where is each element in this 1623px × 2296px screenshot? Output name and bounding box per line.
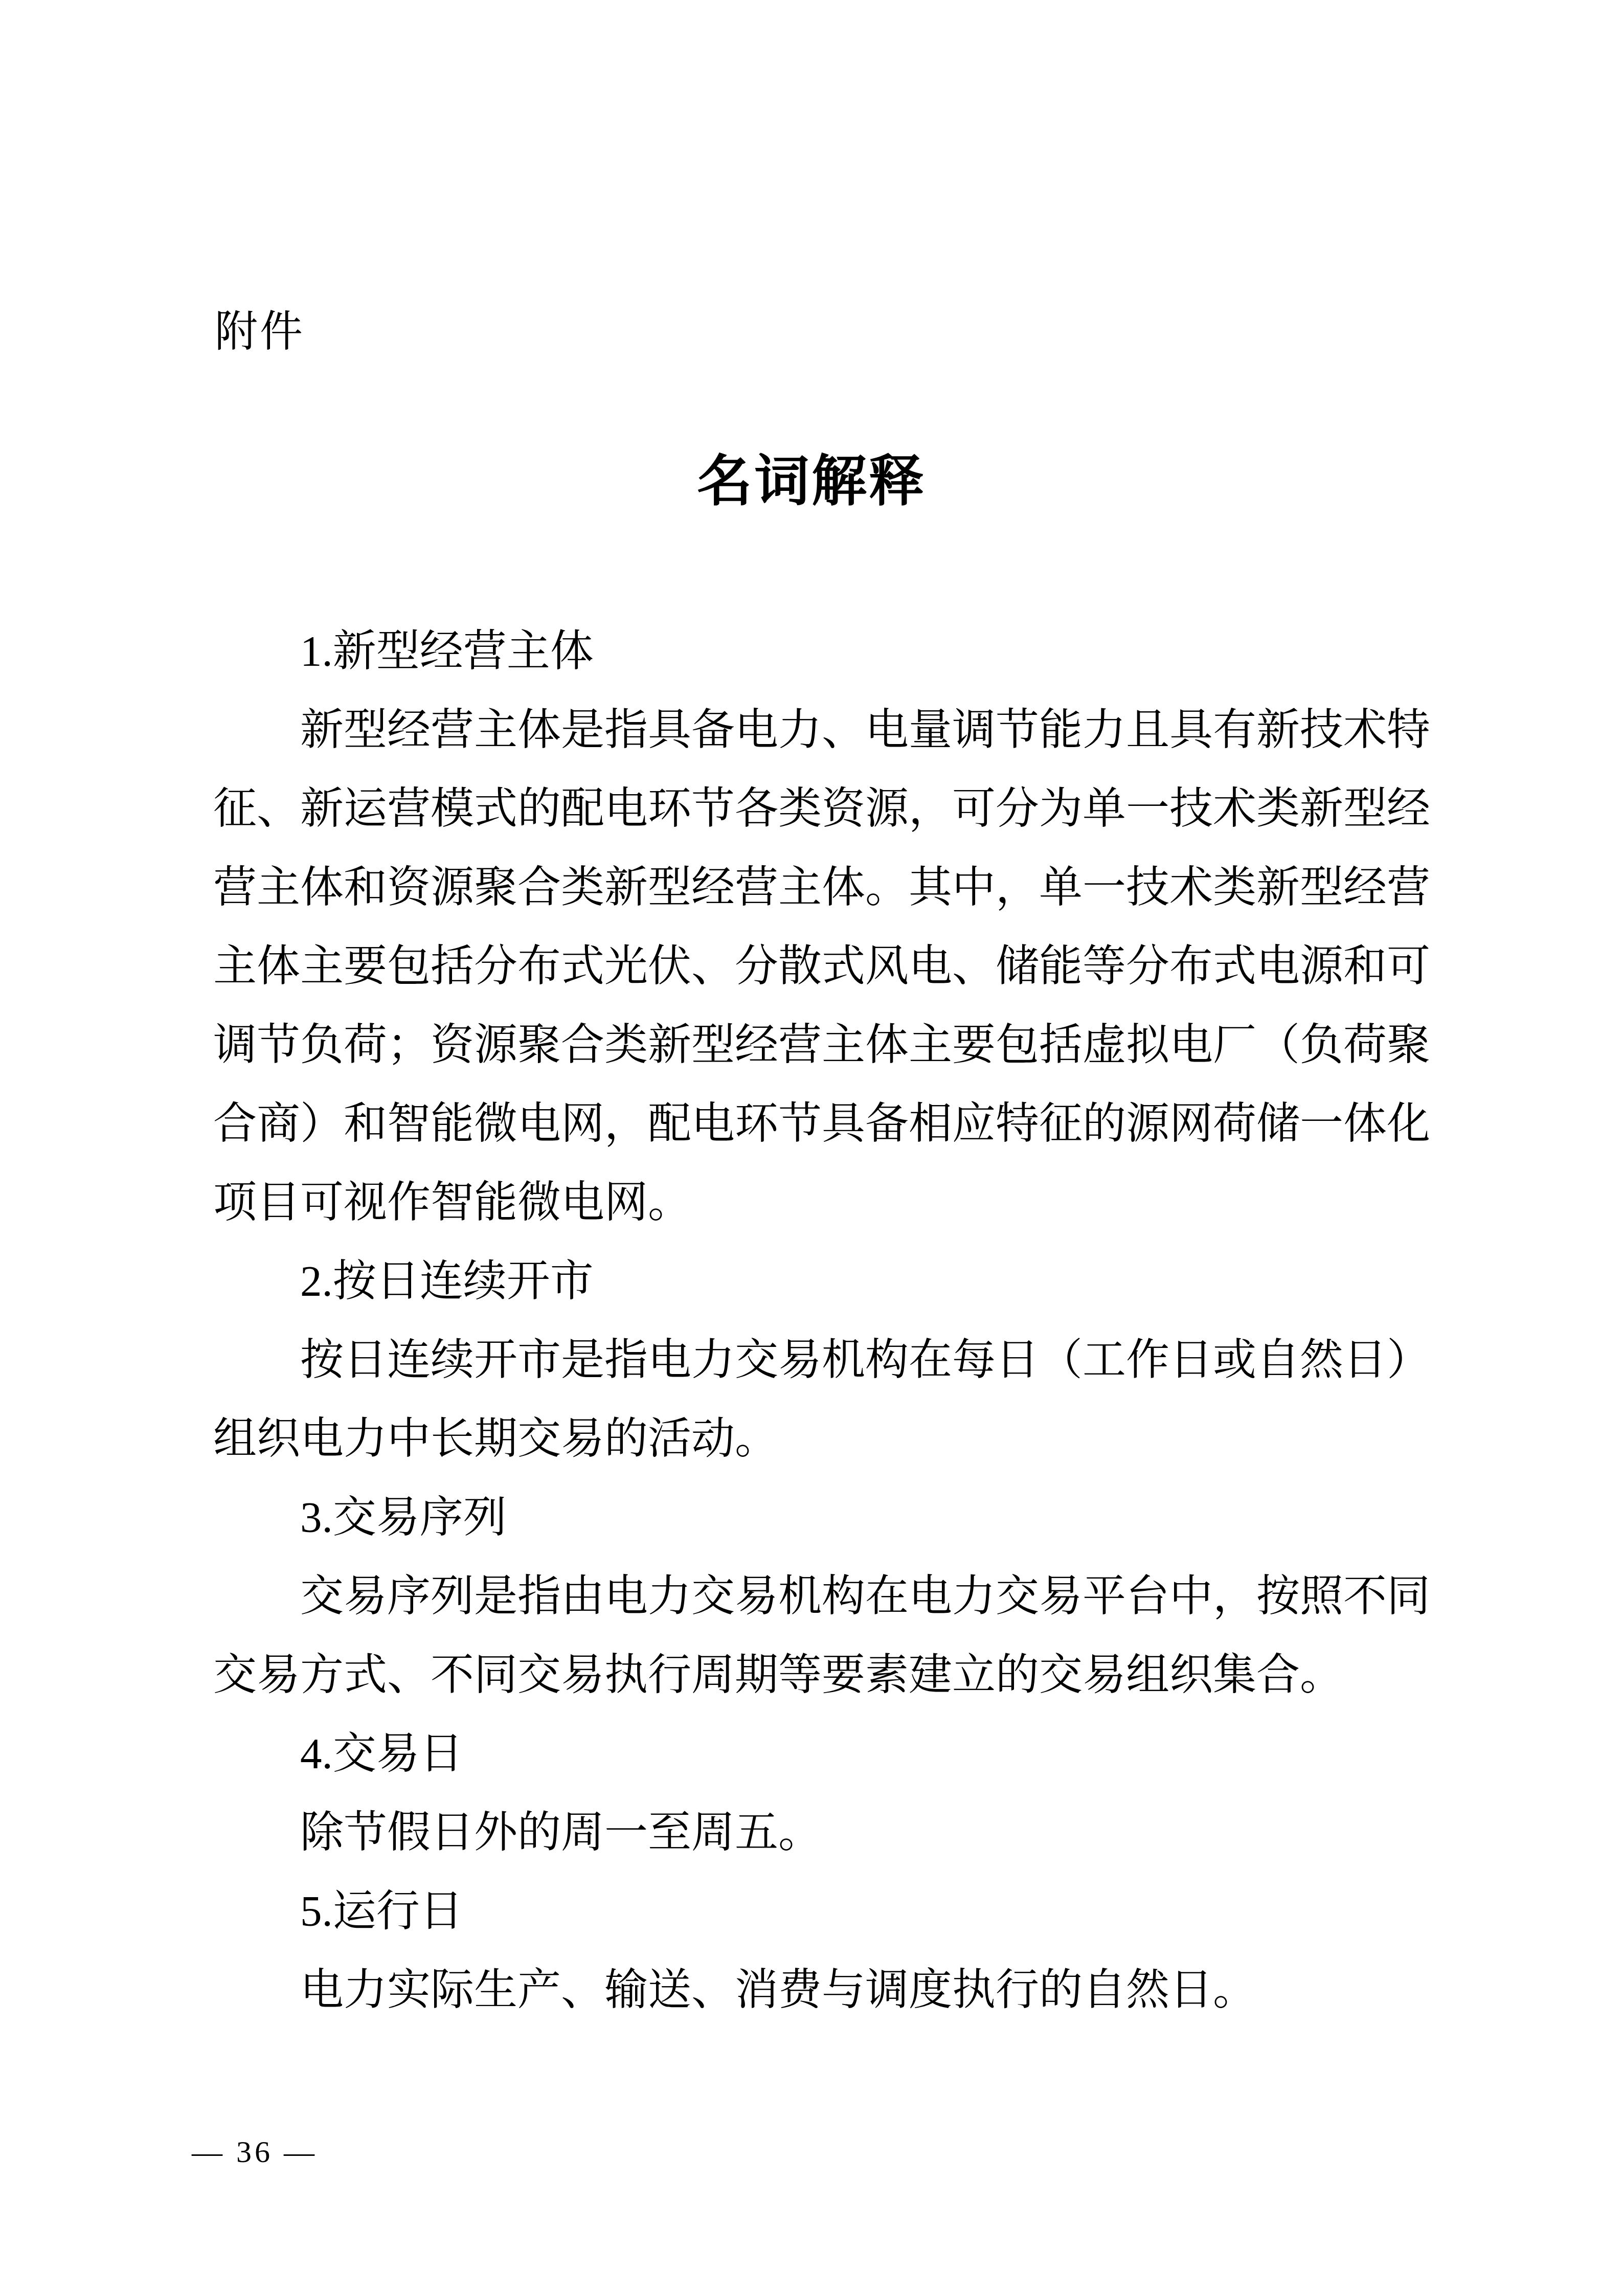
text-line: 组织电力中长期交易的活动。 (213, 1400, 1430, 1478)
text-line: 项目可视作智能微电网。 (213, 1163, 1430, 1242)
page-title: 名词解释 (0, 452, 1623, 513)
text-line: 按日连续开市是指电力交易机构在每日（工作日或自然日） (213, 1321, 1430, 1400)
term-heading-5: 5.运行日 (213, 1872, 1430, 1951)
text-line: 电力实际生产、输送、消费与调度执行的自然日。 (213, 1951, 1430, 2030)
term-heading-3: 3.交易序列 (213, 1478, 1430, 1557)
attachment-label: 附件 (215, 310, 305, 353)
text-line: 营主体和资源聚合类新型经营主体。其中，单一技术类新型经营 (213, 848, 1430, 927)
text-line: 征、新运营模式的配电环节各类资源，可分为单一技术类新型经 (213, 770, 1430, 848)
definitions-text: 1.新型经营主体 新型经营主体是指具备电力、电量调节能力且具有新技术特 征、新运… (213, 612, 1430, 2030)
text-line: 除节假日外的周一至周五。 (213, 1793, 1430, 1872)
term-heading-1: 1.新型经营主体 (213, 612, 1430, 691)
text-line: 合商）和智能微电网，配电环节具备相应特征的源网荷储一体化 (213, 1085, 1430, 1163)
text-line: 新型经营主体是指具备电力、电量调节能力且具有新技术特 (213, 691, 1430, 770)
page-number: — 36 — (192, 2133, 318, 2170)
text-line: 交易方式、不同交易执行周期等要素建立的交易组织集合。 (213, 1636, 1430, 1715)
text-line: 调节负荷；资源聚合类新型经营主体主要包括虚拟电厂（负荷聚 (213, 1006, 1430, 1085)
term-heading-2: 2.按日连续开市 (213, 1242, 1430, 1321)
text-line: 主体主要包括分布式光伏、分散式风电、储能等分布式电源和可 (213, 927, 1430, 1006)
text-line: 交易序列是指由电力交易机构在电力交易平台中，按照不同 (213, 1557, 1430, 1636)
document-page: 附件 名词解释 1.新型经营主体 新型经营主体是指具备电力、电量调节能力且具有新… (0, 0, 1623, 2296)
term-heading-4: 4.交易日 (213, 1715, 1430, 1793)
